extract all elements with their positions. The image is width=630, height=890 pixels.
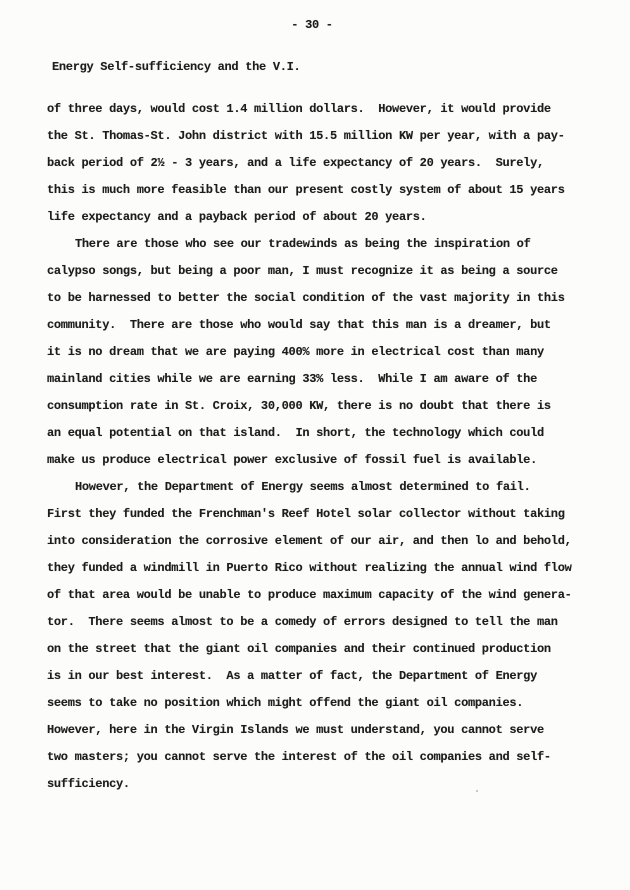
text-line: seems to take no position which might of… bbox=[47, 690, 610, 717]
scanned-document-page: - 30 - Energy Self-sufficiency and the V… bbox=[0, 0, 630, 890]
document-body: of three days, would cost 1.4 million do… bbox=[47, 96, 610, 798]
text-line: of three days, would cost 1.4 million do… bbox=[47, 96, 610, 123]
text-line: However, here in the Virgin Islands we m… bbox=[47, 717, 610, 744]
text-line: life expectancy and a payback period of … bbox=[47, 204, 610, 231]
text-line: make us produce electrical power exclusi… bbox=[47, 447, 610, 474]
text-line: two masters; you cannot serve the intere… bbox=[47, 744, 610, 771]
text-line: There are those who see our tradewinds a… bbox=[47, 231, 610, 258]
text-line: back period of 2½ - 3 years, and a life … bbox=[47, 150, 610, 177]
text-line: calypso songs, but being a poor man, I m… bbox=[47, 258, 610, 285]
scan-speck bbox=[539, 133, 541, 134]
text-line: the St. Thomas-St. John district with 15… bbox=[47, 123, 610, 150]
text-line: tor. There seems almost to be a comedy o… bbox=[47, 609, 610, 636]
text-line: into consideration the corrosive element… bbox=[47, 528, 610, 555]
text-line: an equal potential on that island. In sh… bbox=[47, 420, 610, 447]
text-line: is in our best interest. As a matter of … bbox=[47, 663, 610, 690]
text-line: it is no dream that we are paying 400% m… bbox=[47, 339, 610, 366]
text-line: consumption rate in St. Croix, 30,000 KW… bbox=[47, 393, 610, 420]
text-line: However, the Department of Energy seems … bbox=[47, 474, 610, 501]
text-line: First they funded the Frenchman's Reef H… bbox=[47, 501, 610, 528]
text-line: this is much more feasible than our pres… bbox=[47, 177, 610, 204]
text-line: sufficiency. bbox=[47, 771, 610, 798]
document-heading: Energy Self-sufficiency and the V.I. bbox=[52, 54, 300, 81]
text-line: on the street that the giant oil compani… bbox=[47, 636, 610, 663]
text-line: they funded a windmill in Puerto Rico wi… bbox=[47, 555, 610, 582]
text-line: to be harnessed to better the social con… bbox=[47, 285, 610, 312]
text-line: community. There are those who would say… bbox=[47, 312, 610, 339]
text-line: mainland cities while we are earning 33%… bbox=[47, 366, 610, 393]
scan-speck bbox=[476, 790, 478, 792]
text-line: of that area would be unable to produce … bbox=[47, 582, 610, 609]
page-number: - 30 - bbox=[0, 12, 624, 39]
